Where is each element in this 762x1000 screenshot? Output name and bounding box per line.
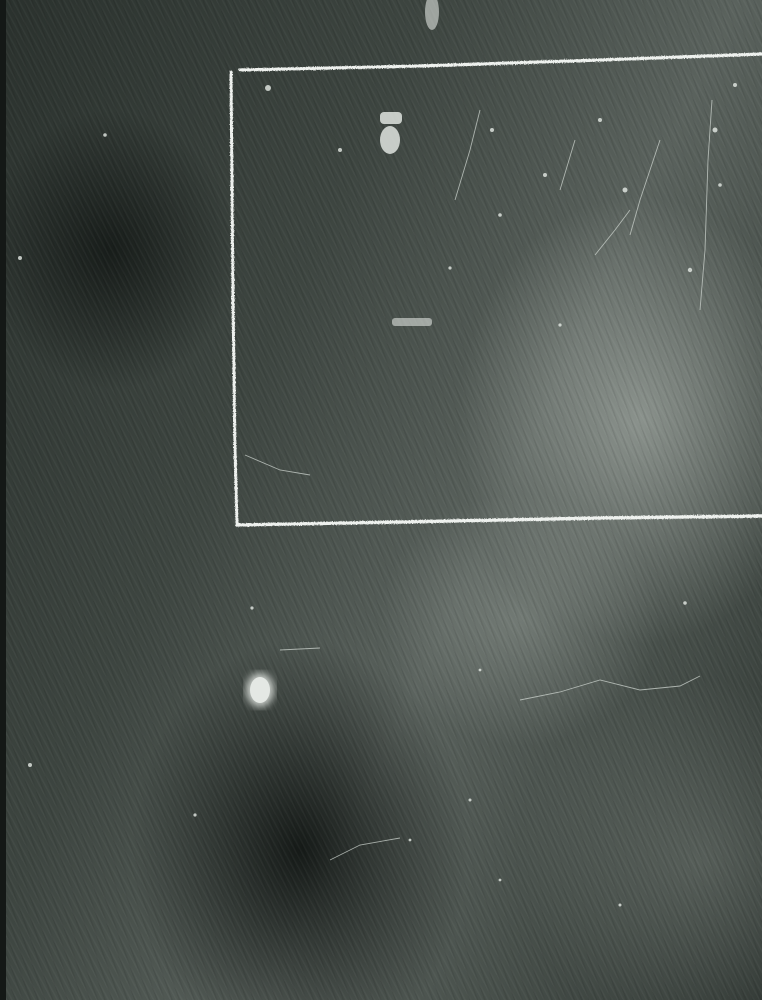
chalk-marks xyxy=(0,0,762,1000)
chalk-bottom-line xyxy=(237,516,762,525)
chalk-blob-core xyxy=(250,677,270,703)
chalkboard-photo xyxy=(0,0,762,1000)
chalk-smudge-top xyxy=(380,0,439,326)
chalk-rectangle xyxy=(231,54,762,525)
chalk-left-line xyxy=(231,72,237,525)
scratches xyxy=(245,100,712,860)
chalk-top-line xyxy=(240,54,762,70)
chalk-speckles xyxy=(18,83,737,907)
